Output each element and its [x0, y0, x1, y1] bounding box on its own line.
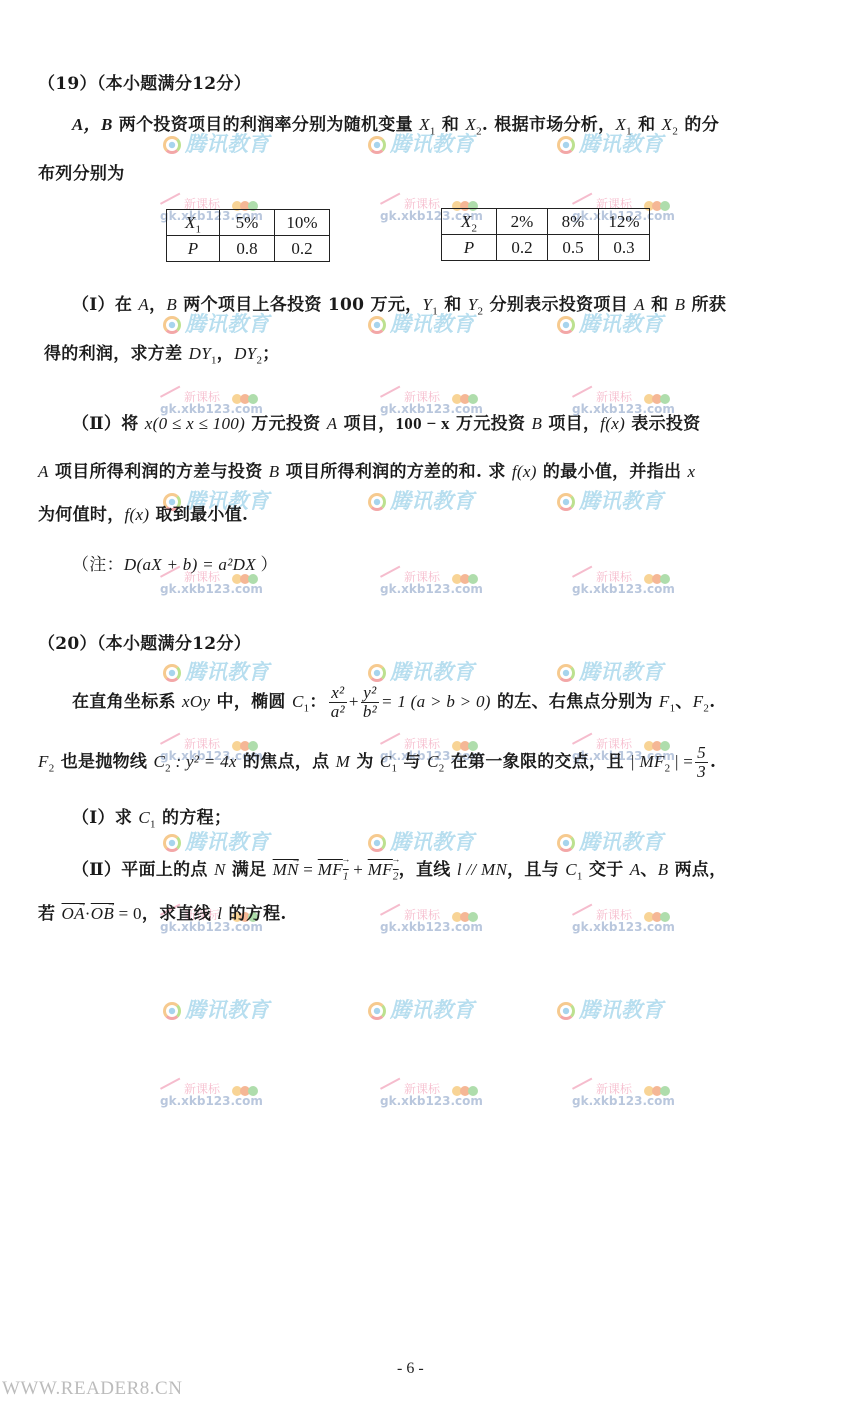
table-row: X1 5% 10% — [167, 210, 330, 236]
q19-part2-line2: A 项目所得利润的方差与投资 B 项目所得利润的方差的和. 求 f(x) 的最小… — [38, 460, 695, 484]
tencent-watermark: 腾讯教育 — [368, 485, 474, 515]
vector-ob: OB — [91, 904, 114, 923]
tencent-logo-icon — [163, 316, 181, 334]
tencent-logo-icon — [163, 834, 181, 852]
tencent-logo-icon — [368, 136, 386, 154]
table-cell: 0.3 — [599, 235, 650, 261]
q19-note: （注：D(aX + b) = a²DX ） — [72, 553, 278, 577]
xkb-watermark: 新课标gk.xkb123.com — [380, 568, 490, 600]
badge-123-icon — [452, 569, 476, 588]
site-watermark: WWW.READER8.CN — [2, 1378, 182, 1400]
q19-part1-line1: （Ⅰ）在 A，B 两个项目上各投资 100 万元，Y1 和 Y2 分别表示投资项… — [72, 293, 726, 317]
tencent-logo-icon — [557, 834, 575, 852]
table-header-cell: P — [442, 235, 497, 261]
badge-123-icon — [644, 389, 668, 408]
badge-123-icon — [644, 569, 668, 588]
table-cell: 0.2 — [275, 236, 330, 262]
badge-123-icon — [452, 907, 476, 926]
badge-123-icon — [232, 1081, 256, 1100]
tencent-watermark: 腾讯教育 — [163, 994, 269, 1024]
q20-header: （20）（本小题满分12分） — [38, 632, 251, 656]
table-cell: 0.8 — [220, 236, 275, 262]
tencent-logo-icon — [368, 834, 386, 852]
vector-oa: OA — [62, 904, 85, 923]
fraction-x2-a2: x²a² — [329, 684, 347, 721]
q20-part1: （Ⅰ）求 C1 的方程； — [72, 806, 231, 830]
badge-123-icon — [452, 1081, 476, 1100]
xkb-watermark: 新课标gk.xkb123.com — [572, 906, 682, 938]
q19-part1-line2: 得的利润，求方差 DY1，DY2； — [44, 342, 280, 366]
tencent-watermark: 腾讯教育 — [163, 826, 269, 856]
q19-intro-line1: A，B 两个投资项目的利润率分别为随机变量 X1 和 X2. 根据市场分析，X1… — [72, 113, 719, 137]
q19-intro-line2: 布列分别为 — [38, 162, 125, 186]
table-cell: 0.5 — [548, 235, 599, 261]
tencent-watermark: 腾讯教育 — [557, 485, 663, 515]
table-header-cell: X1 — [167, 210, 220, 236]
table-header-cell: X2 — [442, 209, 497, 235]
badge-123-icon — [452, 389, 476, 408]
q19-header: （19）（本小题满分12分） — [38, 72, 251, 96]
page-number: - 6 - — [397, 1360, 424, 1378]
fraction-y2-b2: y²b² — [361, 684, 379, 721]
tencent-watermark: 腾讯教育 — [557, 826, 663, 856]
table-cell: 10% — [275, 210, 330, 236]
xkb-watermark: 新课标gk.xkb123.com — [572, 568, 682, 600]
tencent-logo-icon — [557, 1002, 575, 1020]
table-row: P 0.2 0.5 0.3 — [442, 235, 650, 261]
tencent-watermark: 腾讯教育 — [368, 994, 474, 1024]
vector-mn: MN — [273, 860, 299, 879]
table-row: P 0.8 0.2 — [167, 236, 330, 262]
table-cell: 0.2 — [497, 235, 548, 261]
table-row: X2 2% 8% 12% — [442, 209, 650, 235]
tencent-logo-icon — [557, 136, 575, 154]
xkb-watermark: 新课标gk.xkb123.com — [160, 1080, 270, 1112]
tencent-watermark: 腾讯教育 — [557, 994, 663, 1024]
table-header-cell: P — [167, 236, 220, 262]
tencent-logo-icon — [163, 664, 181, 682]
badge-123-icon — [644, 1081, 668, 1100]
q20-part2-line1: （Ⅱ）平面上的点 N 满足 MN = MF1 + MF2，直线 l // MN，… — [72, 858, 727, 882]
q20-part2-line2: 若 OA·OB = 0，求直线 l 的方程. — [38, 902, 287, 926]
tencent-watermark: 腾讯教育 — [368, 826, 474, 856]
xkb-watermark: 新课标gk.xkb123.com — [380, 1080, 490, 1112]
table-cell: 12% — [599, 209, 650, 235]
q20-intro-line1: 在直角坐标系 xOy 中，椭圆 C1：x²a²+y²b²= 1 (a > b >… — [72, 682, 715, 722]
table-cell: 2% — [497, 209, 548, 235]
table-cell: 5% — [220, 210, 275, 236]
table-cell: 8% — [548, 209, 599, 235]
xkb-watermark: 新课标gk.xkb123.com — [380, 906, 490, 938]
tencent-logo-icon — [368, 1002, 386, 1020]
badge-123-icon — [644, 907, 668, 926]
tencent-logo-icon — [557, 316, 575, 334]
fraction-5-3: 53 — [695, 744, 708, 781]
tencent-logo-icon — [557, 664, 575, 682]
tencent-logo-icon — [557, 493, 575, 511]
tencent-logo-icon — [368, 664, 386, 682]
distribution-table-x1: X1 5% 10% P 0.8 0.2 — [166, 209, 330, 262]
tencent-logo-icon — [163, 1002, 181, 1020]
q20-intro-line2: F2 也是抛物线 C2 : y² = 4x 的焦点，点 M 为 C1 与 C2 … — [38, 742, 716, 782]
q19-part2-line1: （Ⅱ）将 x(0 ≤ x ≤ 100) 万元投资 A 项目，100 − x 万元… — [72, 412, 700, 436]
tencent-logo-icon — [163, 136, 181, 154]
badge-123-icon — [232, 389, 256, 408]
tencent-logo-icon — [368, 493, 386, 511]
vector-mf1: MF1 — [318, 860, 349, 879]
distribution-table-x2: X2 2% 8% 12% P 0.2 0.5 0.3 — [441, 208, 650, 261]
q19-part2-line3: 为何值时，f(x) 取到最小值. — [38, 503, 248, 527]
vector-mf2: MF2 — [368, 860, 399, 879]
tencent-logo-icon — [368, 316, 386, 334]
xkb-watermark: 新课标gk.xkb123.com — [572, 1080, 682, 1112]
